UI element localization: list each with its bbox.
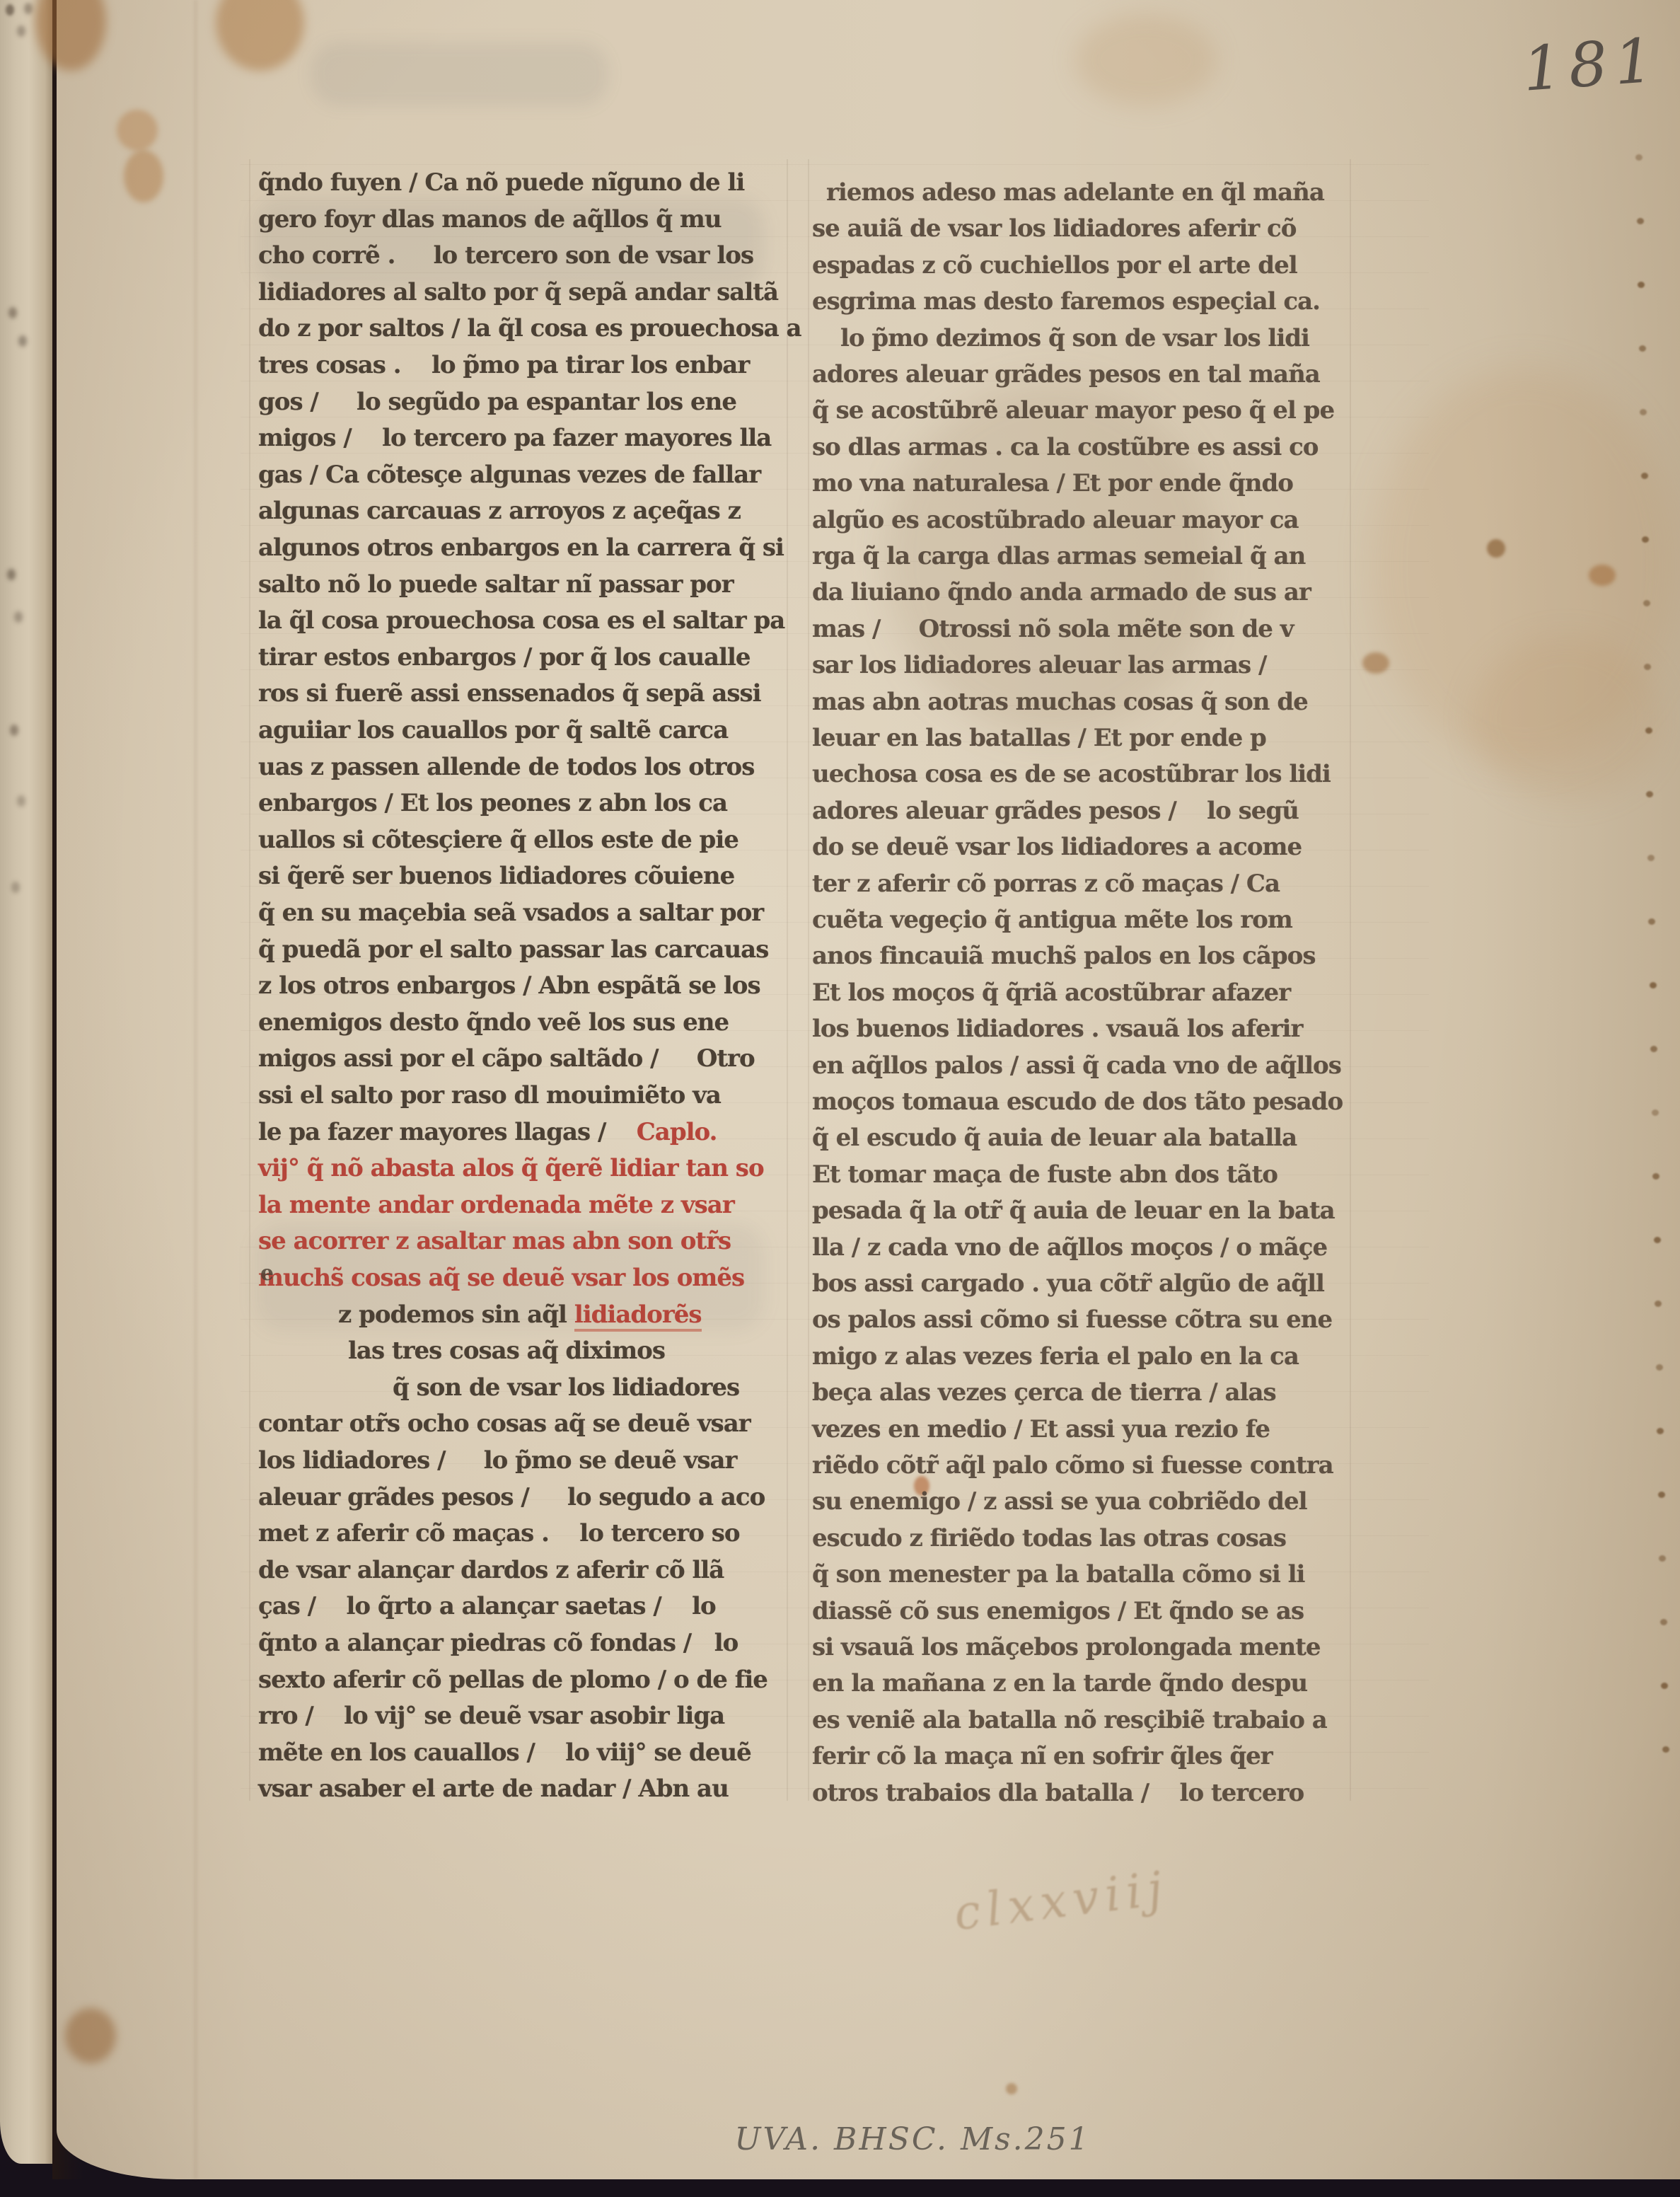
facing-page-edge (0, 0, 52, 2164)
photo-vignette (57, 0, 1680, 2179)
manuscript-page: 181 q̃ndo fuyen / Ca nõ puede nĩguno de … (57, 0, 1680, 2179)
manuscript-photo: 181 q̃ndo fuyen / Ca nõ puede nĩguno de … (0, 0, 1680, 2197)
showthrough-marks (6, 4, 14, 16)
